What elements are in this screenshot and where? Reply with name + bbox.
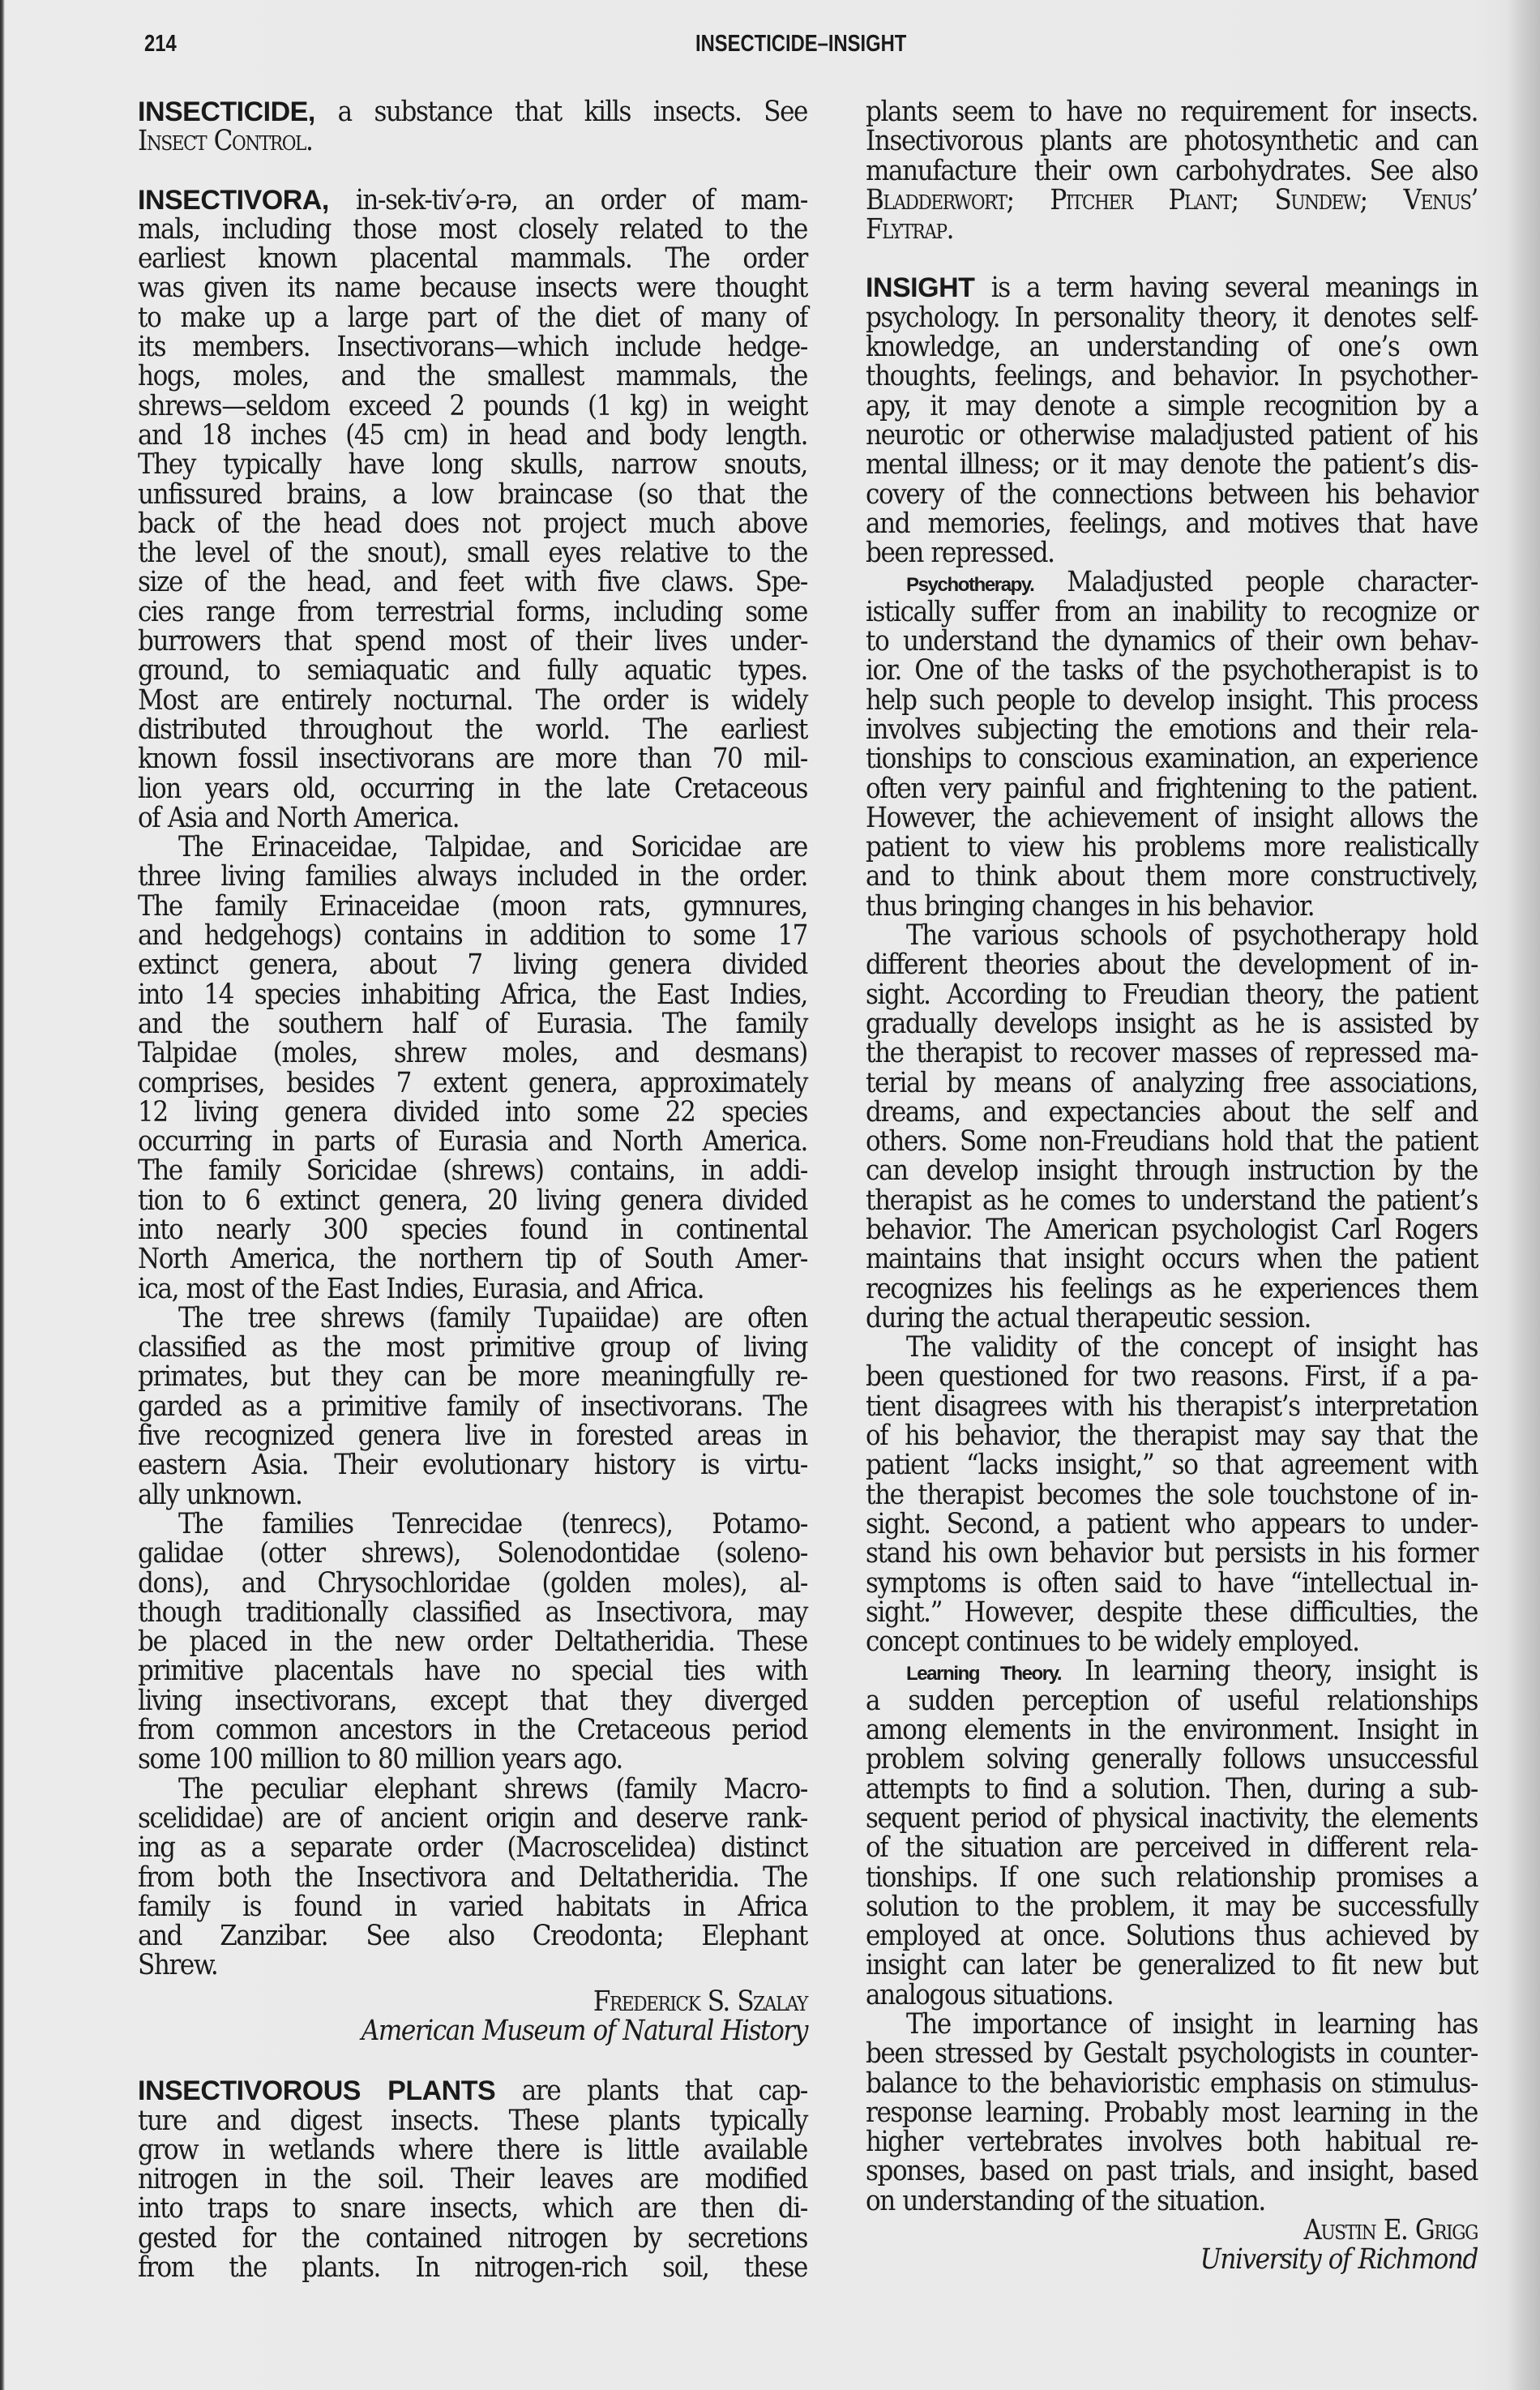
text-line: ior. One of the tasks of the psychothera… [866, 656, 1478, 685]
text-line: solution to the problem, it may be succe… [866, 1892, 1478, 1921]
text-line: The various schools of psychotherapy hol… [866, 921, 1478, 950]
text-line: living insectivorans, except that they d… [138, 1686, 807, 1715]
text-line: unfissured brains, a low braincase (so t… [138, 480, 807, 509]
text-line: been stressed by Gestalt psychologists i… [866, 2039, 1478, 2068]
text-line: garded as a primitive family of insectiv… [138, 1392, 807, 1421]
entry-insight: INSIGHT is a term having several meaning… [866, 273, 1478, 2216]
headword-insecticide: INSECTICIDE, [138, 96, 315, 127]
text-line: Bladderwort; Pitcher Plant; Sundew; Venu… [866, 186, 1478, 215]
entry-insectivorous-plants-continued: plants seem to have no requirement for i… [866, 97, 1478, 244]
text-line: from both the Insectivora and Deltatheri… [138, 1863, 807, 1892]
text-line: sponses, based on past trials, and insig… [866, 2157, 1478, 2186]
text-line: gested for the contained nitrogen by sec… [138, 2224, 807, 2253]
text-line: dreams, and expectancies about the self … [866, 1098, 1478, 1127]
text-line: into nearly 300 species found in contine… [138, 1215, 807, 1244]
text-line: hogs, moles, and the smallest mammals, t… [138, 362, 807, 391]
text-line: and the southern half of Eurasia. The fa… [138, 1009, 807, 1039]
text-line: during the actual therapeutic session. [866, 1304, 1478, 1333]
text-line: grow in wetlands where there is little a… [138, 2135, 807, 2165]
text-line: eastern Asia. Their evolutionary history… [138, 1450, 807, 1480]
text-line: into traps to snare insects, which are t… [138, 2194, 807, 2223]
scanned-page: 214 INSECTICIDE–INSIGHT INSECTICIDE, a s… [0, 0, 1540, 2390]
author-name: Austin E. Grigg [866, 2216, 1478, 2245]
text-line: distributed throughout the world. The ea… [138, 715, 807, 744]
text-line: some 100 million to 80 million years ago… [138, 1745, 807, 1774]
text-line: ing as a separate order (Macroscelidea) … [138, 1833, 807, 1862]
text-line: However, the achievement of insight allo… [866, 803, 1478, 833]
text-line: maintains that insight occurs when the p… [866, 1244, 1478, 1274]
entry-insectivorous-plants: INSECTIVOROUS PLANTS are plants that cap… [138, 2076, 807, 2282]
text-line: cies range from terrestrial forms, inclu… [138, 597, 807, 627]
text-line: different theories about the development… [866, 950, 1478, 979]
text-line: The peculiar elephant shrews (family Mac… [138, 1775, 807, 1804]
entry-insectivora: INSECTIVORA, in-sek-tiv′ə-rə, an order o… [138, 186, 807, 215]
text-line: others. Some non-Freudians hold that the… [866, 1127, 1478, 1156]
text-line: problem solving generally follows unsucc… [866, 1745, 1478, 1774]
text-line: The tree shrews (family Tupaiidae) are o… [138, 1304, 807, 1333]
signature-grigg: Austin E. Grigg University of Richmond [866, 2216, 1478, 2275]
text-line: family is found in varied habitats in Af… [138, 1892, 807, 1921]
running-title: INSECTICIDE–INSIGHT [695, 31, 906, 58]
text-line: though traditionally classified as Insec… [138, 1598, 807, 1627]
text-line: sight. Second, a patient who appears to … [866, 1510, 1478, 1539]
text-line: and hedgehogs) contains in addition to s… [138, 921, 807, 950]
text-line: terial by means of analyzing free associ… [866, 1069, 1478, 1098]
text-line: Flytrap. [866, 215, 1478, 244]
text-line: can develop insight through instruction … [866, 1156, 1478, 1185]
text-line: be placed in the new order Deltatheridia… [138, 1627, 807, 1656]
text-line: its members. Insectivorans—which include… [138, 332, 807, 362]
text-line: employed at once. Solutions thus achieve… [866, 1921, 1478, 1951]
text-line: ally unknown. [138, 1480, 807, 1510]
text-line: into 14 species inhabiting Africa, the E… [138, 980, 807, 1009]
page-number: 214 [144, 31, 177, 58]
text-line: They typically have long skulls, narrow … [138, 450, 807, 479]
left-column: INSECTICIDE, a substance that kills inse… [138, 97, 807, 2282]
text-line: of Asia and North America. [138, 803, 807, 833]
text-line: higher vertebrates involves both habitua… [866, 2127, 1478, 2157]
text-line: primitive placentals have no special tie… [138, 1656, 807, 1685]
text-line: Talpidae (moles, shrew moles, and desman… [138, 1039, 807, 1068]
text-line: mals, including those most closely relat… [138, 215, 807, 244]
text-line: neurotic or otherwise maladjusted patien… [866, 421, 1478, 450]
text-line: help such people to develop insight. Thi… [866, 686, 1478, 715]
text-line: lion years old, occurring in the late Cr… [138, 774, 807, 803]
text-line: size of the head, and feet with five cla… [138, 568, 807, 597]
text-line: stand his own behavior but persists in h… [866, 1539, 1478, 1568]
text-line: ica, most of the East Indies, Eurasia, a… [138, 1274, 807, 1304]
text-line: nitrogen in the soil. Their leaves are m… [138, 2165, 807, 2194]
text-line: ground, to semiaquatic and fully aquatic… [138, 656, 807, 685]
text-line: of his behavior, the therapist may say t… [866, 1421, 1478, 1450]
text-line: the therapist to recover masses of repre… [866, 1039, 1478, 1068]
text-line: five recognized genera live in forested … [138, 1421, 807, 1450]
text-line: The importance of insight in learning ha… [866, 2010, 1478, 2039]
text-line: thus bringing changes in his behavior. [866, 892, 1478, 921]
text-line: primates, but they can be more meaningfu… [138, 1362, 807, 1391]
text-line: occurring in parts of Eurasia and North … [138, 1127, 807, 1156]
text-line: ture and digest insects. These plants ty… [138, 2106, 807, 2135]
text-line: and Zanzibar. See also Creodonta; Elepha… [138, 1921, 807, 1951]
text-line: extinct genera, about 7 living genera di… [138, 950, 807, 979]
text-line: North America, the northern tip of South… [138, 1244, 807, 1274]
text-line: manufacture their own carbohydrates. See… [866, 156, 1478, 186]
text-line: dons), and Chrysochloridae (golden moles… [138, 1569, 807, 1598]
text-line: and memories, feelings, and motives that… [866, 509, 1478, 538]
text-line: insight can later be generalized to fit … [866, 1951, 1478, 1980]
text-line: from the plants. In nitrogen-rich soil, … [138, 2253, 807, 2282]
text-line: The family Erinaceidae (moon rats, gymnu… [138, 892, 807, 921]
text-line: patient “lacks insight,” so that agreeme… [866, 1450, 1478, 1480]
text-line: tionships. If one such relationship prom… [866, 1863, 1478, 1892]
text-line: gradually develops insight as he is assi… [866, 1009, 1478, 1039]
text-line: and to think about them more constructiv… [866, 862, 1478, 891]
text-line: symptoms is often said to have “intellec… [866, 1569, 1478, 1598]
text-line: sight. According to Freudian theory, the… [866, 980, 1478, 1009]
text-line: back of the head does not project much a… [138, 509, 807, 538]
text-line: istically suffer from an inability to re… [866, 597, 1478, 627]
entry-insecticide: INSECTICIDE, a substance that kills inse… [138, 97, 807, 156]
text-line: comprises, besides 7 extent genera, appr… [138, 1069, 807, 1098]
author-affiliation: American Museum of Natural History [138, 2016, 807, 2045]
text-line: the therapist becomes the sole touchston… [866, 1480, 1478, 1510]
text-line: known fossil insectivorans are more than… [138, 744, 807, 773]
text-line: often very painful and frightening to th… [866, 774, 1478, 803]
subheading-psychotherapy: Psychotherapy. [906, 574, 1033, 596]
text-line: on understanding of the situation. [866, 2187, 1478, 2216]
text-line: mental illness; or it may denote the pat… [866, 450, 1478, 479]
text-line: The families Tenrecidae (tenrecs), Potam… [138, 1510, 807, 1539]
text-line: of the situation are perceived in differ… [866, 1833, 1478, 1862]
author-affiliation: University of Richmond [866, 2245, 1478, 2274]
text-line: balance to the behavioristic emphasis on… [866, 2069, 1478, 2098]
text-line: recognizes his feelings as he experience… [866, 1274, 1478, 1304]
text-line: burrowers that spend most of their lives… [138, 627, 807, 656]
text-line: shrews—seldom exceed 2 pounds (1 kg) in … [138, 392, 807, 421]
text-line: and 18 inches (45 cm) in head and body l… [138, 421, 807, 450]
text-line: tionships to conscious examination, an e… [866, 744, 1478, 773]
text-line: tient disagrees with his therapist’s int… [866, 1392, 1478, 1421]
text-line: been questioned for two reasons. First, … [866, 1362, 1478, 1391]
text-line: patient to view his problems more realis… [866, 833, 1478, 862]
text-line: was given its name because insects were … [138, 273, 807, 302]
text-line: 12 living genera divided into some 22 sp… [138, 1098, 807, 1127]
text-line: attempts to find a solution. Then, durin… [866, 1775, 1478, 1804]
text-line: Shrew. [138, 1951, 807, 1980]
headword-insectivorous-plants: INSECTIVOROUS PLANTS [138, 2075, 495, 2106]
text-line: psychology. In personality theory, it de… [866, 303, 1478, 332]
running-head: 214 INSECTICIDE–INSIGHT [0, 31, 1540, 63]
text-line: The Erinaceidae, Talpidae, and Soricidae… [138, 833, 807, 862]
text-line: sequent period of physical inactivity, t… [866, 1804, 1478, 1833]
text-line: galidae (otter shrews), Solenodontidae (… [138, 1539, 807, 1568]
text-line: from common ancestors in the Cretaceous … [138, 1715, 807, 1745]
text-line: earliest known placental mammals. The or… [138, 244, 807, 273]
text-line: apy, it may denote a simple recognition … [866, 392, 1478, 421]
cross-reference: Insect Control. [138, 126, 807, 156]
text-line: tion to 6 extinct genera, 20 living gene… [138, 1186, 807, 1215]
text-line: among elements in the environment. Insig… [866, 1715, 1478, 1745]
text-line: classified as the most primitive group o… [138, 1333, 807, 1362]
text-line: concept continues to be widely employed. [866, 1627, 1478, 1656]
text-line: The validity of the concept of insight h… [866, 1333, 1478, 1362]
author-name: Frederick S. Szalay [138, 1987, 807, 2016]
text-line: behavior. The American psychologist Carl… [866, 1215, 1478, 1244]
text-line: therapist as he comes to understand the … [866, 1186, 1478, 1215]
signature-szalay: Frederick S. Szalay American Museum of N… [138, 1981, 807, 2046]
entry-insectivora-body: mals, including those most closely relat… [138, 215, 807, 1981]
text-line: analogous situations. [866, 1981, 1478, 2010]
text-line: a sudden perception of useful relationsh… [866, 1686, 1478, 1715]
right-column: plants seem to have no requirement for i… [866, 97, 1478, 2275]
text-line: to make up a large part of the diet of m… [138, 303, 807, 332]
headword-insectivora: INSECTIVORA, [138, 185, 329, 216]
subheading-learning-theory: Learning Theory. [906, 1663, 1061, 1685]
text-line: sight.” However, despite these difficult… [866, 1598, 1478, 1627]
text-line: knowledge, an understanding of one’s own [866, 332, 1478, 362]
text-line: the level of the snout), small eyes rela… [138, 538, 807, 568]
text-line: scelididae) are of ancient origin and de… [138, 1804, 807, 1833]
text-line: to understand the dynamics of their own … [866, 627, 1478, 656]
text-line: The family Soricidae (shrews) contains, … [138, 1156, 807, 1185]
text-line: Most are entirely nocturnal. The order i… [138, 686, 807, 715]
text-line: Insectivorous plants are photosynthetic … [866, 126, 1478, 156]
text-line: three living families always included in… [138, 862, 807, 891]
text-line: response learning. Probably most learnin… [866, 2098, 1478, 2127]
text-line: been repressed. [866, 538, 1478, 568]
headword-insight: INSIGHT [866, 272, 974, 303]
text-line: plants seem to have no requirement for i… [866, 97, 1478, 126]
text-line: thoughts, feelings, and behavior. In psy… [866, 362, 1478, 391]
text-line: involves subjecting the emotions and the… [866, 715, 1478, 744]
text-line: covery of the connections between his be… [866, 480, 1478, 509]
